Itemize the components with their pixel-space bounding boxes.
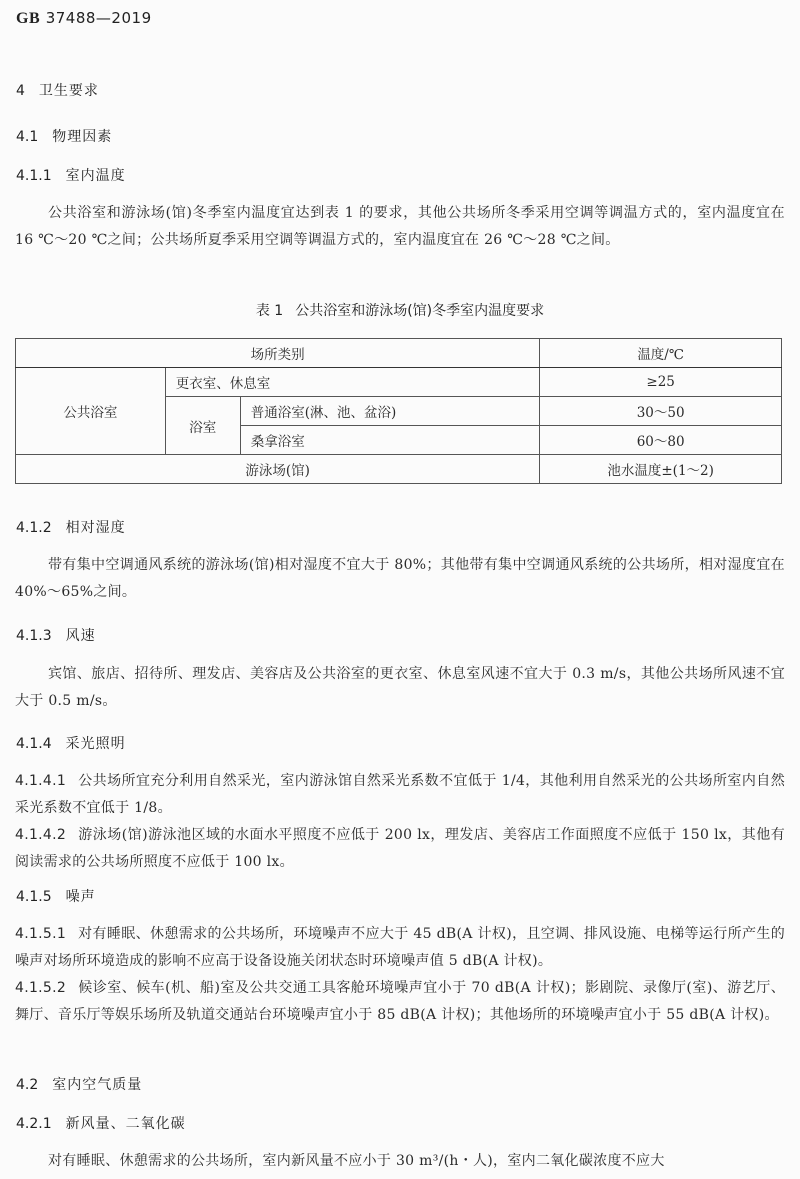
section-4-2-heading: 4.2室内空气质量	[16, 1074, 142, 1094]
table-1-temperature: 场所类别 温度/℃ 公共浴室 更衣室、休息室 ≥25 浴室 普通浴室(淋、池、盆…	[15, 338, 782, 484]
section-number: 4.2	[16, 1077, 38, 1093]
clause-text: 候诊室、候车(机、船)室及公共交通工具客舱环境噪声宜小于 70 dB(A 计权)…	[15, 980, 785, 1023]
section-4-1-2-heading: 4.1.2相对湿度	[16, 517, 126, 537]
table-row: 公共浴室 更衣室、休息室 ≥25	[16, 368, 782, 397]
section-title: 室内空气质量	[52, 1077, 142, 1093]
subgroup-bath-room: 浴室	[165, 397, 240, 455]
section-4-1-4-heading: 4.1.4采光照明	[16, 733, 126, 753]
section-number: 4.1.3	[16, 628, 52, 644]
table-header-row: 场所类别 温度/℃	[16, 339, 782, 368]
table-row: 游泳场(馆) 池水温度±(1～2)	[16, 455, 782, 484]
section-4-1-1-heading: 4.1.1室内温度	[16, 165, 126, 185]
standard-number-header: GB 37488—2019	[16, 8, 152, 28]
clause-text: 对有睡眠、休憩需求的公共场所，环境噪声不应大于 45 dB(A 计权)，且空调、…	[15, 926, 785, 969]
section-number: 4	[16, 83, 25, 99]
row-value: 60～80	[540, 426, 782, 455]
clause-number: 4.1.5.2	[15, 980, 66, 996]
clause-number: 4.1.4.2	[15, 827, 66, 843]
row-value: 30～50	[540, 397, 782, 426]
clause-4-1-5-1: 4.1.5.1对有睡眠、休憩需求的公共场所，环境噪声不应大于 45 dB(A 计…	[15, 921, 785, 975]
section-title: 相对湿度	[66, 520, 126, 536]
section-number: 4.1.5	[16, 889, 52, 905]
row-label: 普通浴室(淋、池、盆浴)	[240, 397, 540, 426]
table-1-caption: 表 1公共浴室和游泳场(馆)冬季室内温度要求	[0, 300, 800, 320]
row-value: 池水温度±(1～2)	[540, 455, 782, 484]
group-public-bath: 公共浴室	[16, 368, 166, 455]
row-label: 游泳场(馆)	[16, 455, 540, 484]
table-title: 公共浴室和游泳场(馆)冬季室内温度要求	[295, 303, 544, 319]
section-title: 新风量、二氧化碳	[66, 1116, 186, 1132]
section-number: 4.1.4	[16, 736, 52, 752]
clause-4-1-5-2: 4.1.5.2候诊室、候车(机、船)室及公共交通工具客舱环境噪声宜小于 70 d…	[15, 975, 785, 1029]
row-label: 更衣室、休息室	[165, 368, 540, 397]
section-number: 4.1.1	[16, 168, 52, 184]
standard-number: 37488—2019	[46, 9, 152, 27]
row-label: 桑拿浴室	[240, 426, 540, 455]
section-4-1-1-body: 公共浴室和游泳场(馆)冬季室内温度宜达到表 1 的要求，其他公共场所冬季采用空调…	[15, 200, 785, 254]
section-4-1-heading: 4.1物理因素	[16, 126, 112, 146]
section-4-1-3-heading: 4.1.3风速	[16, 625, 96, 645]
section-title: 物理因素	[52, 129, 112, 145]
header-venue-type: 场所类别	[16, 339, 540, 368]
clause-4-1-4-1: 4.1.4.1公共场所宜充分利用自然采光，室内游泳馆自然采光系数不宜低于 1/4…	[15, 768, 785, 822]
section-4-1-3-body: 宾馆、旅店、招待所、理发店、美容店及公共浴室的更衣室、休息室风速不宜大于 0.3…	[15, 661, 785, 715]
standard-prefix: GB	[16, 10, 40, 27]
section-title: 卫生要求	[39, 83, 99, 99]
section-title: 噪声	[66, 889, 96, 905]
section-title: 室内温度	[66, 168, 126, 184]
section-number: 4.1	[16, 129, 38, 145]
clause-text: 公共场所宜充分利用自然采光，室内游泳馆自然采光系数不宜低于 1/4，其他利用自然…	[15, 773, 785, 816]
clause-number: 4.1.4.1	[15, 773, 66, 789]
section-4-1-5-heading: 4.1.5噪声	[16, 886, 96, 906]
clause-number: 4.1.5.1	[15, 926, 66, 942]
header-temperature: 温度/℃	[540, 339, 782, 368]
section-4-2-1-heading: 4.2.1新风量、二氧化碳	[16, 1113, 186, 1133]
clause-text: 游泳场(馆)游泳池区域的水面水平照度不应低于 200 lx，理发店、美容店工作面…	[15, 827, 785, 870]
section-title: 采光照明	[66, 736, 126, 752]
clause-4-1-4-2: 4.1.4.2游泳场(馆)游泳池区域的水面水平照度不应低于 200 lx，理发店…	[15, 822, 785, 876]
section-4-1-2-body: 带有集中空调通风系统的游泳场(馆)相对湿度不宜大于 80%；其他带有集中空调通风…	[15, 552, 785, 606]
section-4-2-1-body: 对有睡眠、休憩需求的公共场所，室内新风量不应小于 30 m³/(h・人)，室内二…	[15, 1148, 785, 1175]
section-4-heading: 4卫生要求	[16, 80, 99, 100]
row-value: ≥25	[540, 368, 782, 397]
section-number: 4.2.1	[16, 1116, 52, 1132]
section-title: 风速	[66, 628, 96, 644]
table-number: 表 1	[256, 303, 283, 319]
section-number: 4.1.2	[16, 520, 52, 536]
